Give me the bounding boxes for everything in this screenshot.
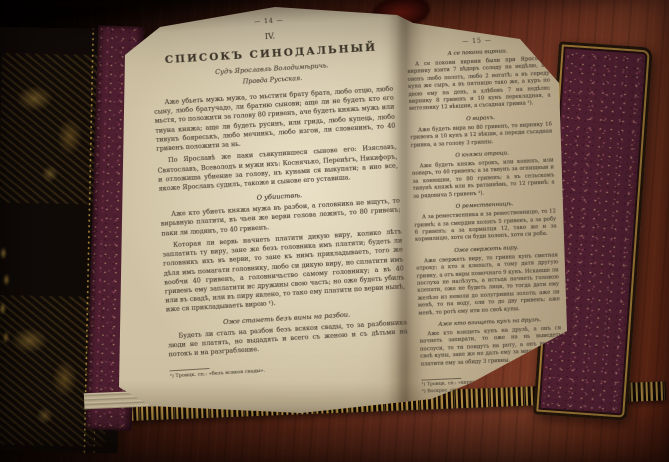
footnote: ¹) Троицк. сп.: «безъ всякоя свады». [170,359,410,380]
body-paragraph: Аже свержеть виру, то гривна кунъ сметна… [416,252,561,318]
right-page-text: А се покони вирнии.А се покони вирнии бы… [407,47,563,369]
photo-of-open-book: — 14 — IV. СПИСОКЪ СИНОДАЛЬНЫЙ Судъ Ярос… [0,0,669,462]
left-page: — 14 — IV. СПИСОКЪ СИНОДАЛЬНЫЙ Судъ Ярос… [149,11,410,381]
body-paragraph: Аже будеть княжь отрокъ, или конюхъ, или… [412,157,556,200]
body-paragraph: Которая ли вервь начнеть платити дикую в… [162,227,406,315]
right-page: — 15 — А се покони вирнии.А се покони ви… [406,35,564,396]
spine-gilt-lettering [0,239,18,359]
body-paragraph: А се покони вирнии были при Ярославѣ: ви… [407,56,551,114]
page-spread: — 14 — IV. СПИСОКЪ СИНОДАЛЬНЫЙ Судъ Ярос… [115,5,575,419]
left-page-text: Аже убьеть мужь мужа, то мьстити брату б… [153,85,408,360]
body-paragraph: Аже будеть вира во 80 гривенъ, то вирник… [410,121,553,150]
body-paragraph: А за ремественника и за ремественницю, т… [414,208,557,244]
